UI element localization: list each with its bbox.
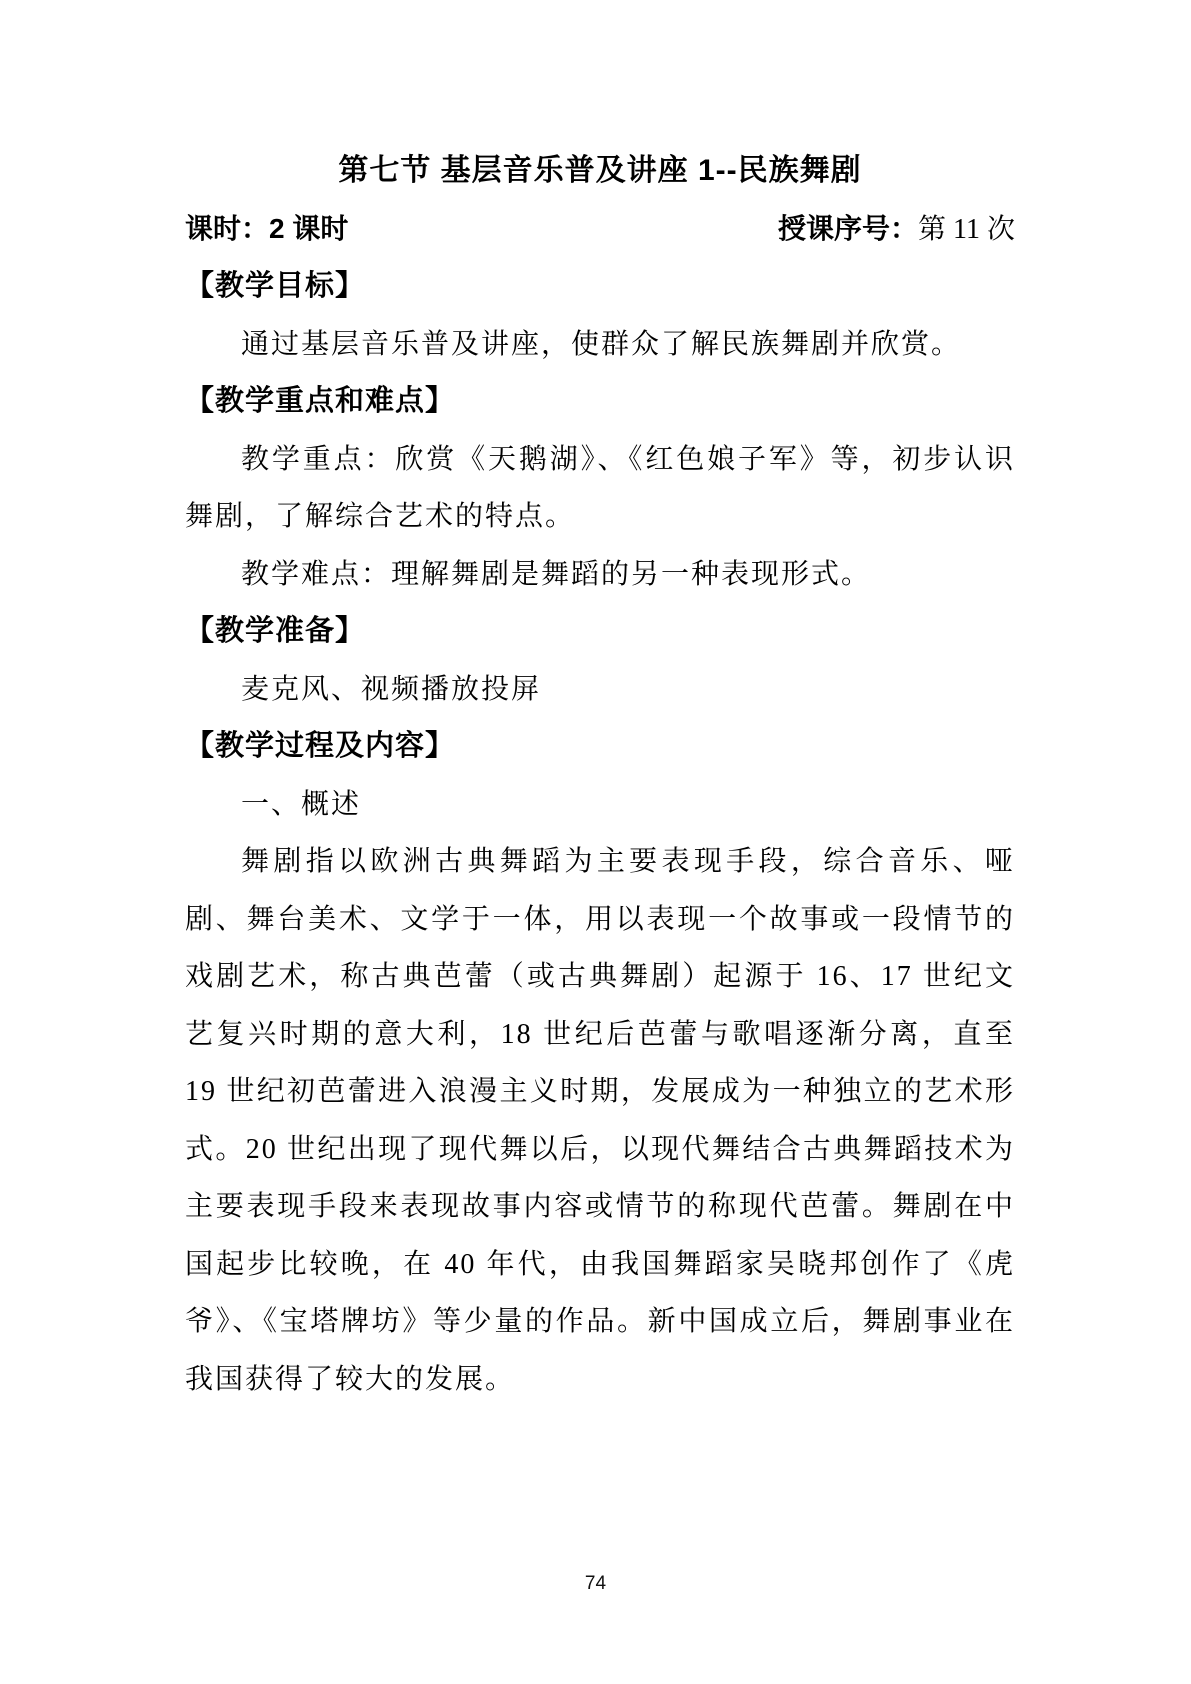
page-title: 第七节 基层音乐普及讲座 1--民族舞剧 (185, 142, 1015, 200)
section-process-content: 【教学过程及内容】 一、概述 舞剧指以欧洲古典舞蹈为主要表现手段，综合音乐、哑剧… (185, 718, 1015, 1408)
paragraph-objectives: 通过基层音乐普及讲座，使群众了解民族舞剧并欣赏。 (185, 316, 1015, 374)
section-heading-key-points: 【教学重点和难点】 (185, 373, 1015, 431)
paragraph-key-point: 教学重点：欣赏《天鹅湖》、《红色娘子军》等，初步认识舞剧，了解综合艺术的特点。 (185, 431, 1015, 546)
class-hours-label: 课时：2 课时 (185, 200, 348, 258)
session-number-value: 第 11 次 (918, 214, 1015, 245)
paragraph-overview-label: 一、概述 (185, 776, 1015, 834)
session-number: 授课序号：第 11 次 (778, 200, 1015, 259)
paragraph-overview-body: 舞剧指以欧洲古典舞蹈为主要表现手段，综合音乐、哑剧、舞台美术、文学于一体，用以表… (185, 833, 1015, 1408)
section-heading-objectives: 【教学目标】 (185, 258, 1015, 316)
section-heading-process: 【教学过程及内容】 (185, 718, 1015, 776)
document-content: 第七节 基层音乐普及讲座 1--民族舞剧 课时：2 课时 授课序号：第 11 次… (185, 142, 1015, 1408)
paragraph-difficulty: 教学难点：理解舞剧是舞蹈的另一种表现形式。 (185, 546, 1015, 604)
page-number: 74 (0, 1572, 1191, 1596)
document-page: 第七节 基层音乐普及讲座 1--民族舞剧 课时：2 课时 授课序号：第 11 次… (0, 0, 1191, 1684)
section-heading-preparation: 【教学准备】 (185, 603, 1015, 661)
section-teaching-objectives: 【教学目标】 通过基层音乐普及讲座，使群众了解民族舞剧并欣赏。 (185, 258, 1015, 373)
section-key-points: 【教学重点和难点】 教学重点：欣赏《天鹅湖》、《红色娘子军》等，初步认识舞剧，了… (185, 373, 1015, 603)
session-number-label: 授课序号： (778, 213, 918, 244)
meta-row: 课时：2 课时 授课序号：第 11 次 (185, 200, 1015, 259)
paragraph-preparation: 麦克风、视频播放投屏 (185, 661, 1015, 719)
section-preparation: 【教学准备】 麦克风、视频播放投屏 (185, 603, 1015, 718)
